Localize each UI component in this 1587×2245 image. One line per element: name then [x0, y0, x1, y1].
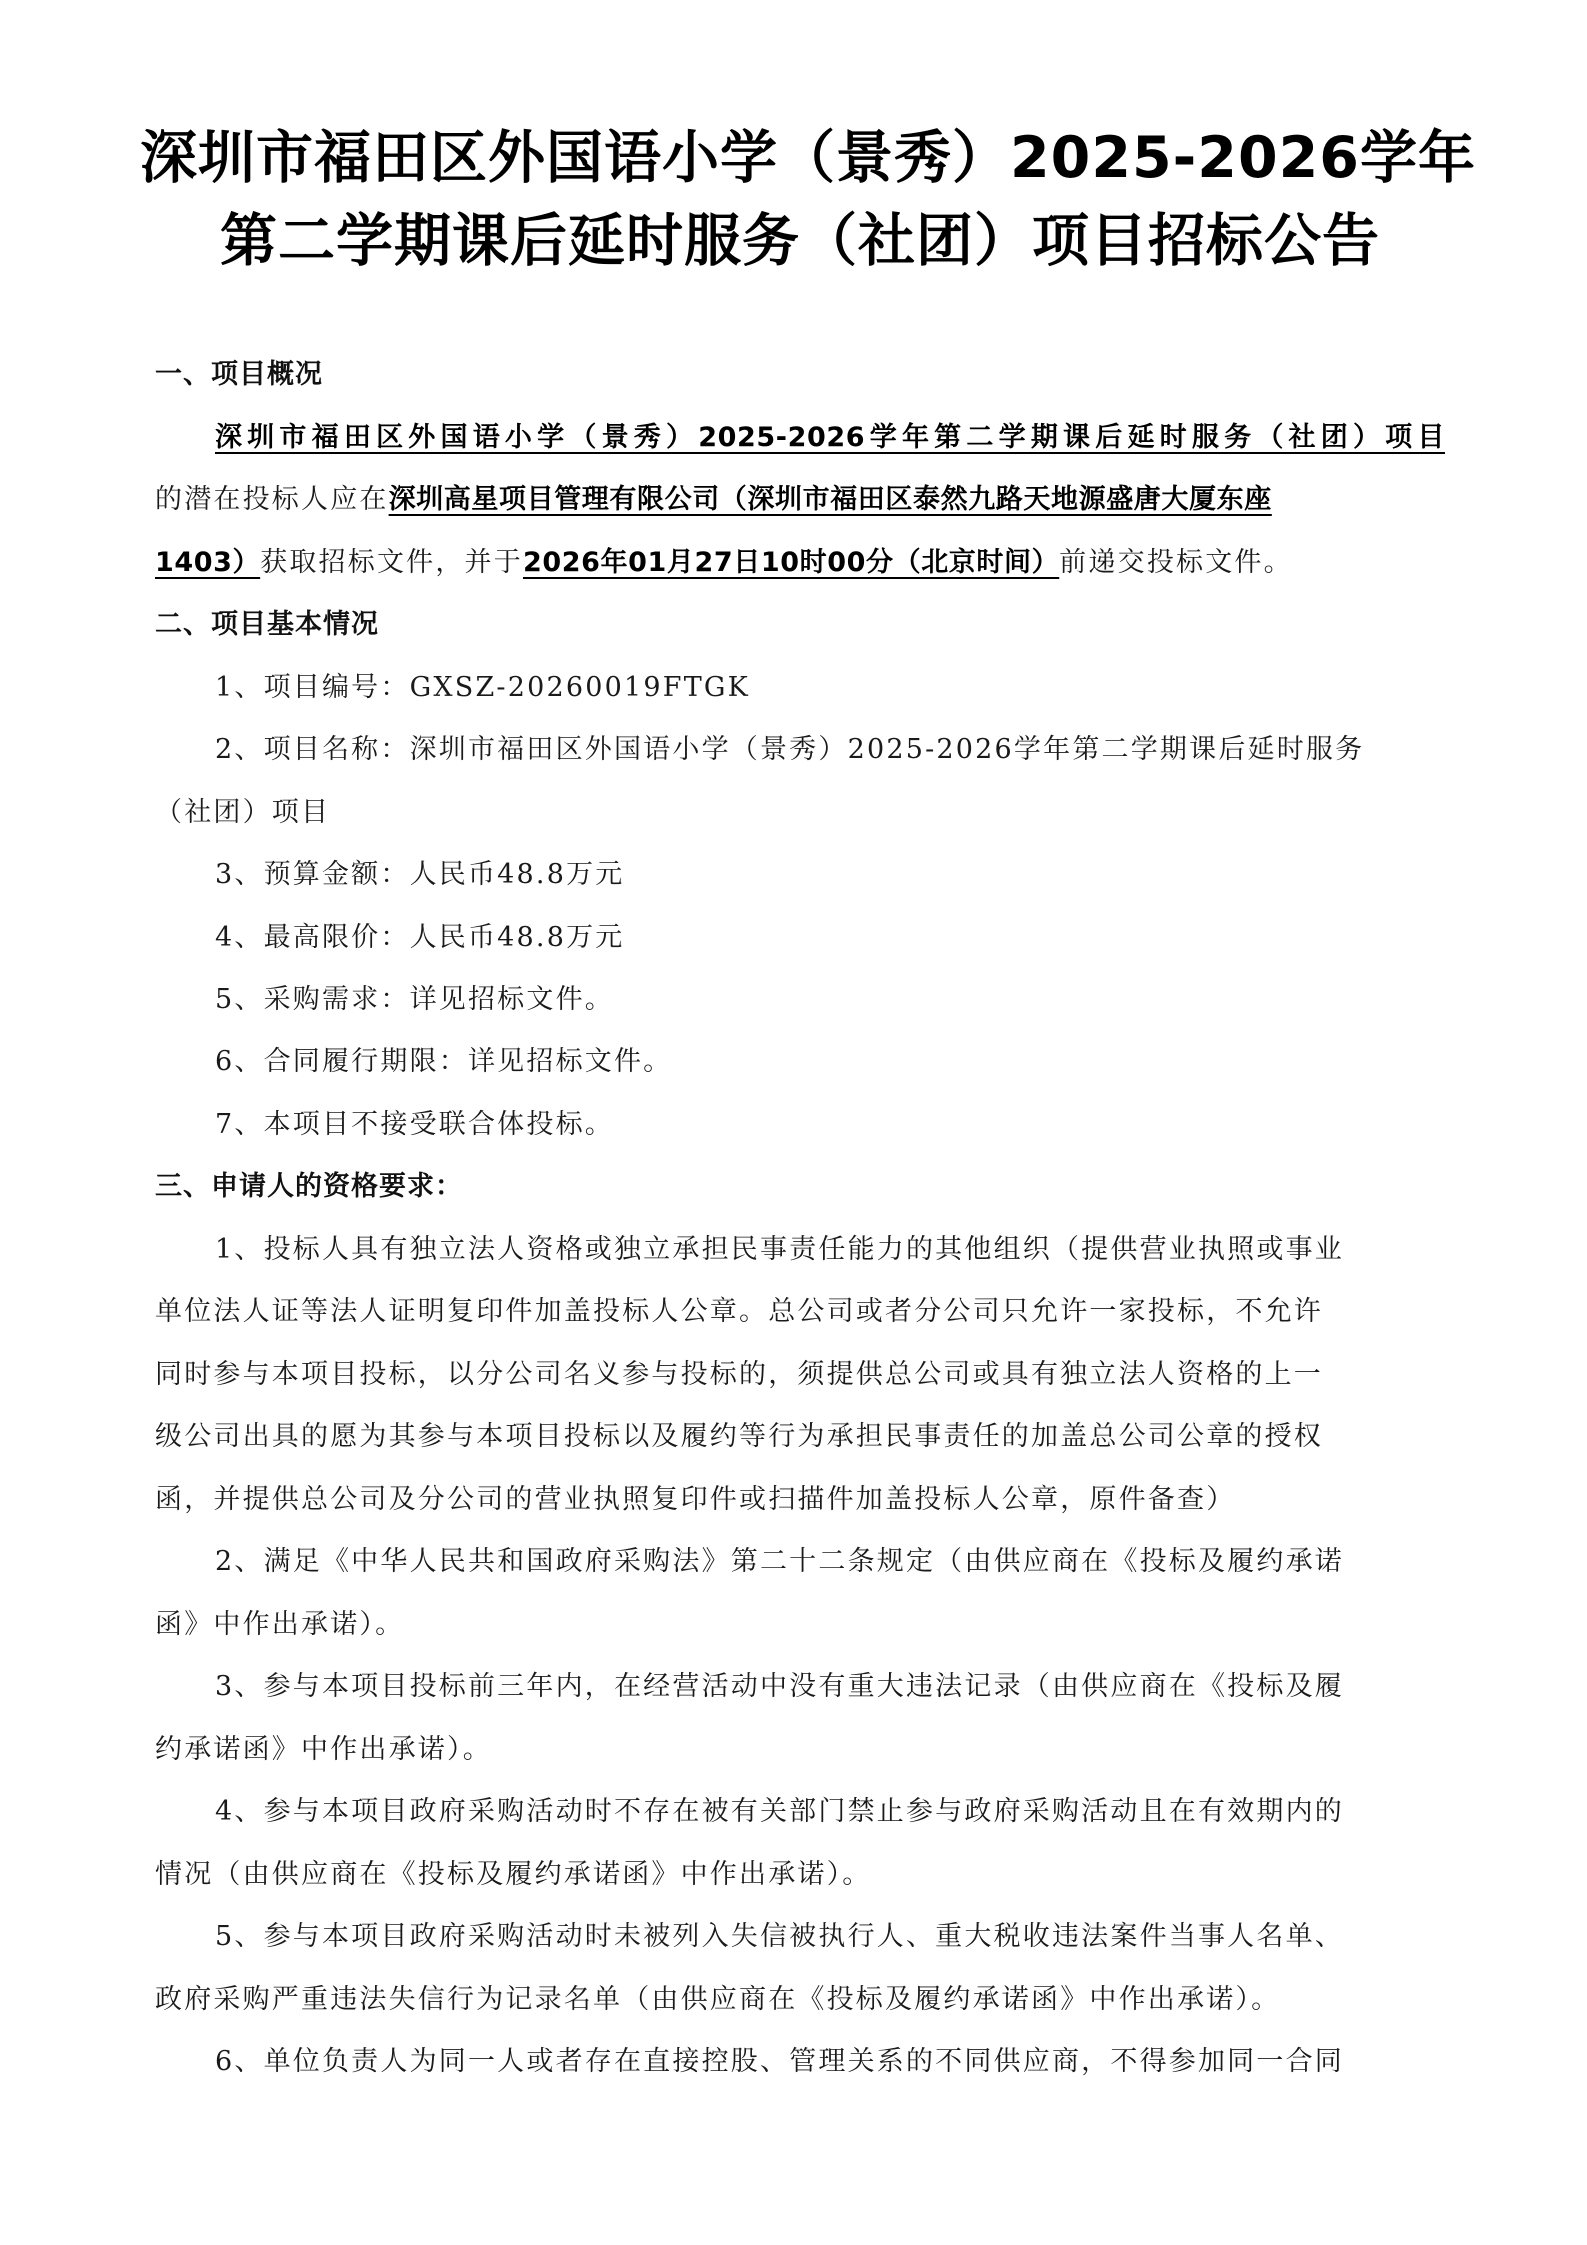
section-3-line: 约承诺函》中作出承诺）。 — [155, 1732, 1445, 1768]
section-3-line: 6、单位负责人为同一人或者存在直接控股、管理关系的不同供应商，不得参加同一合同 — [215, 2044, 1505, 2080]
project-name-underlined: 深圳市福田区外国语小学（景秀）2025-2026学年第二学期课后延时服务（社团）… — [215, 422, 1445, 453]
document-title-line-1: 深圳市福田区外国语小学（景秀）2025-2026学年 — [140, 127, 1460, 189]
section-3-line: 函》中作出承诺）。 — [155, 1607, 1445, 1643]
section-3-line: 单位法人证等法人证明复印件加盖投标人公章。总公司或者分公司只允许一家投标，不允许 — [155, 1294, 1445, 1330]
section-3-line: 2、满足《中华人民共和国政府采购法》第二十二条规定（由供应商在《投标及履约承诺 — [215, 1544, 1505, 1580]
text-run: 获取招标文件，并于 — [260, 547, 523, 578]
section-1-heading: 一、项目概况 — [155, 357, 1445, 393]
section-2-item-5: 5、采购需求：详见招标文件。 — [215, 982, 1505, 1018]
document-page: 深圳市福田区外国语小学（景秀）2025-2026学年 第二学期课后延时服务（社团… — [0, 0, 1587, 2245]
agency-room-underlined: 1403） — [155, 547, 260, 578]
agency-name-underlined: 深圳高星项目管理有限公司（深圳市福田区泰然九路天地源盛唐大厦东座 — [389, 484, 1272, 515]
section-2-item-1: 1、项目编号：GXSZ-20260019FTGK — [215, 670, 1505, 706]
section-2-heading: 二、项目基本情况 — [155, 607, 1445, 643]
section-3-line: 同时参与本项目投标，以分公司名义参与投标的，须提供总公司或具有独立法人资格的上一 — [155, 1357, 1445, 1393]
section-2-item-6: 6、合同履行期限：详见招标文件。 — [215, 1044, 1505, 1080]
section-3-line: 函，并提供总公司及分公司的营业执照复印件或扫描件加盖投标人公章，原件备查） — [155, 1482, 1445, 1518]
section-3-line: 5、参与本项目政府采购活动时未被列入失信被执行人、重大税收违法案件当事人名单、 — [215, 1919, 1505, 1955]
section-1-para-line-2: 的潜在投标人应在深圳高星项目管理有限公司（深圳市福田区泰然九路天地源盛唐大厦东座 — [155, 482, 1445, 518]
document-title-line-2: 第二学期课后延时服务（社团）项目招标公告 — [140, 210, 1460, 272]
section-2-item-3: 3、预算金额：人民币48.8万元 — [215, 857, 1505, 893]
section-1-para-line-3: 1403）获取招标文件，并于2026年01月27日10时00分（北京时间）前递交… — [155, 545, 1445, 581]
section-2-item-7: 7、本项目不接受联合体投标。 — [215, 1107, 1505, 1143]
deadline-underlined: 2026年01月27日10时00分（北京时间） — [523, 547, 1059, 578]
section-3-line: 4、参与本项目政府采购活动时不存在被有关部门禁止参与政府采购活动且在有效期内的 — [215, 1794, 1505, 1830]
section-3-line: 1、投标人具有独立法人资格或独立承担民事责任能力的其他组织（提供营业执照或事业 — [215, 1232, 1505, 1268]
text-run: 的潜在投标人应在 — [155, 484, 389, 515]
section-3-line: 情况（由供应商在《投标及履约承诺函》中作出承诺）。 — [155, 1857, 1445, 1893]
section-3-line: 政府采购严重违法失信行为记录名单（由供应商在《投标及履约承诺函》中作出承诺）。 — [155, 1982, 1445, 2018]
section-2-item-2: 2、项目名称：深圳市福田区外国语小学（景秀）2025-2026学年第二学期课后延… — [215, 732, 1505, 768]
text-run: 前递交投标文件。 — [1059, 547, 1293, 578]
section-3-line: 3、参与本项目投标前三年内，在经营活动中没有重大违法记录（由供应商在《投标及履 — [215, 1669, 1505, 1705]
section-2-item-2-continued: （社团）项目 — [155, 795, 1445, 831]
section-3-heading: 三、申请人的资格要求： — [155, 1169, 1445, 1205]
section-1-para-line-1: 深圳市福田区外国语小学（景秀）2025-2026学年第二学期课后延时服务（社团）… — [215, 420, 1445, 456]
section-3-line: 级公司出具的愿为其参与本项目投标以及履约等行为承担民事责任的加盖总公司公章的授权 — [155, 1419, 1445, 1455]
section-2-item-4: 4、最高限价：人民币48.8万元 — [215, 920, 1505, 956]
